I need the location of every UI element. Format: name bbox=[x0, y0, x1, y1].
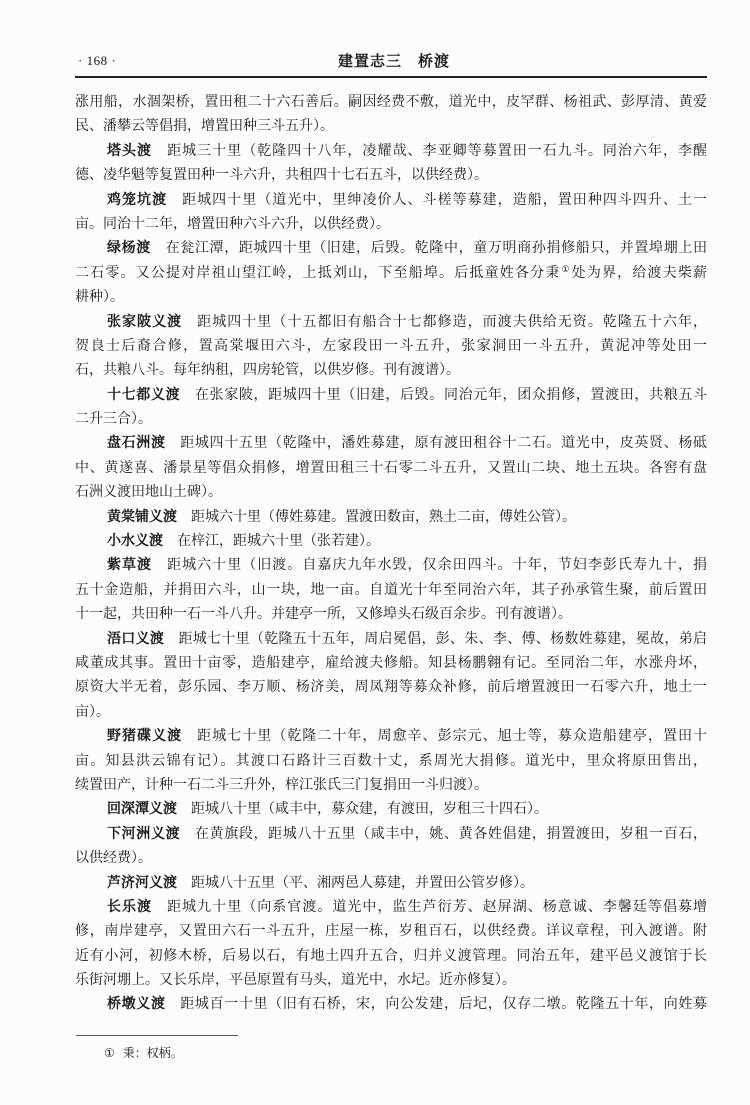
entry-text: 距城七十里（乾隆二十年，周愈辛、彭宗元、旭士等，募众造船建亭，置田十 bbox=[196, 728, 707, 744]
text-line: 十一起，共田种一石一斗八升。并建亭一所，又修埠头石级百余步。刊有渡谱）。 bbox=[75, 602, 707, 626]
text-line: 咸董成其事。置田十亩零，造船建亭，雇给渡夫修船。知县杨鹏翱有记。至同治二年，水涨… bbox=[75, 651, 707, 675]
body-text: 涨用船，水涸架桥，置田租二十六石善后。嗣因经费不敷，道光中，皮罕群、杨祖武、彭厚… bbox=[75, 90, 707, 1017]
text-line: 近有小河，初修木桥，后易以石，有地土四升五合，归并义渡管理。同治五年，建平邑义渡… bbox=[75, 944, 707, 968]
entry-first-line: 浯口义渡距城七十里（乾隆五十五年，周启冕倡，彭、朱、李、傅、杨数姓募建，冕故，弟… bbox=[75, 627, 707, 651]
page-number: · 168 · bbox=[78, 52, 116, 70]
text-line: 中、黄遂喜、潘景星等倡众捐修，增置田租三十石零二斗五升，又置山二块、地土五块。各… bbox=[75, 456, 707, 480]
entry-text: 距城八十五里（平、湘两邑人募建，并置田公管岁修）。 bbox=[191, 875, 534, 891]
text-line: 乐街河堋上。又长乐岸，平邑原置有马头，道光中，水圮。近亦修复）。 bbox=[75, 968, 707, 992]
entry-first-line: 黄棠铺义渡距城六十里（傅姓募建。置渡田数亩，熟土二亩，傅姓公管）。 bbox=[75, 505, 707, 529]
text-line: 亩。知县洪云锦有记）。其渡口石路计三百数十丈，系周光大捐修。道光中，里众将原田售… bbox=[75, 749, 707, 773]
header-rule bbox=[75, 76, 707, 78]
ferry-name: 鸡笼坑渡 bbox=[107, 192, 167, 208]
text-segment: 二石零。又公提对岸祖山望江岭，上抵刘山，下至船埠。后抵童姓各分秉 bbox=[75, 265, 560, 281]
text-line: 石，共粮八斗。每年纳租，四房轮管，以供岁修。刊有渡谱）。 bbox=[75, 358, 707, 382]
book-page: · 168 · 建置志三 桥渡 涨用船，水涸架桥，置田租二十六石善后。嗣因经费不… bbox=[0, 0, 750, 1105]
entry-first-line: 绿杨渡在瓮江潭，距城四十里（旧建，后毁。乾隆中，童万明商孙捐修船只，并置埠堋上田 bbox=[75, 236, 707, 260]
text-line: 二升三合）。 bbox=[75, 407, 707, 431]
text-line: 亩。同治十二年，增置田种六斗六升，以供经费）。 bbox=[75, 212, 707, 236]
entry-text: 距城三十里（乾隆四十八年，凌耀哉、李亚卿等募置田一石九斗。同治六年，李醒 bbox=[166, 143, 707, 159]
entry-text: 在张家陂，距城四十里（旧建，后毁。同治元年，团众捐修，置渡田，共粮五斗 bbox=[194, 387, 707, 403]
entry-text: 在梓江，距城六十里（张若建）。 bbox=[177, 533, 380, 549]
text-line: 以供经费）。 bbox=[75, 846, 707, 870]
entry-first-line: 盘石洲渡距城四十五里（乾隆中，潘姓募建，原有渡田租谷十二石。道光中，皮英贤、杨砥 bbox=[75, 431, 707, 455]
ferry-name: 绿杨渡 bbox=[107, 240, 151, 256]
entry-first-line: 回深潭义渡距城八十里（咸丰中，募众建，有渡田，岁租三十四石）。 bbox=[75, 797, 707, 821]
entry-first-line: 鸡笼坑渡距城四十里（道光中，里绅凌价人、斗槎等募建，造船，置田种四斗四升、土一 bbox=[75, 188, 707, 212]
entry-text: 距城九十里（向系官渡。道光中，监生芦衍芳、赵屏湖、杨意诚、李馨廷等倡募增 bbox=[166, 899, 707, 915]
ferry-name: 浯口义渡 bbox=[107, 631, 164, 647]
text-line: 石洲义渡田地山土碑）。 bbox=[75, 480, 707, 504]
footnote-text: 秉：权柄。 bbox=[123, 1046, 183, 1060]
text-line: 原资大半无着，彭乐园、李万顺、杨济美，周凤翔等募众补修，前后增置渡田一石零六升，… bbox=[75, 675, 707, 699]
entry-text: 距城八十里（咸丰中，募众建，有渡田，岁租三十四石）。 bbox=[191, 801, 548, 817]
entry-text: 在瓮江潭，距城四十里（旧建，后毁。乾隆中，童万明商孙捐修船只，并置埠堋上田 bbox=[165, 240, 707, 256]
entry-first-line: 芦济河义渡距城八十五里（平、湘两邑人募建，并置田公管岁修）。 bbox=[75, 871, 707, 895]
entry-text: 距城七十里（乾隆五十五年，周启冕倡，彭、朱、李、傅、杨数姓募建，冕故，弟启 bbox=[178, 631, 707, 647]
footnote: ①秉：权柄。 bbox=[104, 1045, 183, 1061]
text-line: 民、潘攀云等倡捐，增置田种三斗五升）。 bbox=[75, 114, 707, 138]
entry-first-line: 紫草渡距城六十里（旧渡。自嘉庆九年水毁，仅余田四斗。十年，节妇李彭氏寿九十，捐 bbox=[75, 553, 707, 577]
entry-text: 距城百一十里（旧有石桥，宋，向公发建，后圮，仅存二墩。乾隆五十年，向姓募 bbox=[180, 996, 707, 1012]
text-line: 贺良士后裔合修，置高棠堰田六斗，左家段田一斗五升，张家洞田一斗五升，黄泥冲等处田… bbox=[75, 334, 707, 358]
entry-first-line: 桥墩义渡距城百一十里（旧有石桥，宋，向公发建，后圮，仅存二墩。乾隆五十年，向姓募 bbox=[75, 992, 707, 1016]
footnote-rule bbox=[76, 1035, 238, 1036]
text-line: 二石零。又公提对岸祖山望江岭，上抵刘山，下至船埠。后抵童姓各分秉①处为界，给渡夫… bbox=[75, 261, 707, 285]
ferry-name: 塔头渡 bbox=[107, 143, 152, 159]
ferry-name: 十七都义渡 bbox=[107, 387, 180, 403]
text-line: 耕种）。 bbox=[75, 285, 707, 309]
ferry-name: 桥墩义渡 bbox=[107, 996, 166, 1012]
text-line: 续置田产，计种一石二斗三升外，梓江张氏三门复捐田一斗归渡）。 bbox=[75, 773, 707, 797]
entry-first-line: 小水义渡在梓江，距城六十里（张若建）。 bbox=[75, 529, 707, 553]
text-line: 修，南岸建亭，又置田六石一斗五升，庄屋一栋，岁租百石，以供经费。详议章程，刊入渡… bbox=[75, 919, 707, 943]
entry-first-line: 下河洲义渡在黄旗段，距城八十五里（咸丰中，姚、黄各姓倡建，捐置渡田，岁租一百石， bbox=[75, 822, 707, 846]
entry-first-line: 十七都义渡在张家陂，距城四十里（旧建，后毁。同治元年，团众捐修，置渡田，共粮五斗 bbox=[75, 383, 707, 407]
entry-first-line: 张家陂义渡距城四十里（十五都旧有船合十七都修造，而渡夫供给无资。乾隆五十六年， bbox=[75, 310, 707, 334]
ferry-name: 下河洲义渡 bbox=[107, 826, 180, 842]
text-segment: 处为界，给渡夫柴薪 bbox=[572, 265, 707, 281]
entry-text: 在黄旗段，距城八十五里（咸丰中，姚、黄各姓倡建，捐置渡田，岁租一百石， bbox=[194, 826, 707, 842]
ferry-name: 长乐渡 bbox=[107, 899, 152, 915]
ferry-name: 回深潭义渡 bbox=[107, 801, 177, 817]
text-line: 亩）。 bbox=[75, 700, 707, 724]
ferry-name: 黄棠铺义渡 bbox=[107, 509, 177, 525]
ferry-name: 张家陂义渡 bbox=[107, 314, 182, 330]
footnote-marker: ① bbox=[104, 1046, 115, 1060]
entry-first-line: 野猪碟义渡距城七十里（乾隆二十年，周愈辛、彭宗元、旭士等，募众造船建亭，置田十 bbox=[75, 724, 707, 748]
running-title: 建置志三 桥渡 bbox=[294, 51, 494, 71]
entry-first-line: 长乐渡距城九十里（向系官渡。道光中，监生芦衍芳、赵屏湖、杨意诚、李馨廷等倡募增 bbox=[75, 895, 707, 919]
entry-text: 距城四十五里（乾隆中，潘姓募建，原有渡田租谷十二石。道光中，皮英贤、杨砥 bbox=[180, 435, 707, 451]
entry-text: 距城四十里（十五都旧有船合十七都修造，而渡夫供给无资。乾隆五十六年， bbox=[196, 314, 707, 330]
entry-text: 距城六十里（傅姓募建。置渡田数亩，熟土二亩，傅姓公管）。 bbox=[191, 509, 576, 525]
text-line: 五十金造船，并捐田六斗，山一块，地一亩。自道光十年至同治六年，其子孙承管生聚，前… bbox=[75, 578, 707, 602]
entry-text: 距城六十里（旧渡。自嘉庆九年水毁，仅余田四斗。十年，节妇李彭氏寿九十，捐 bbox=[166, 557, 707, 573]
ferry-name: 小水义渡 bbox=[107, 533, 163, 549]
entry-text: 距城四十里（道光中，里绅凌价人、斗槎等募建，造船，置田种四斗四升、土一 bbox=[181, 192, 707, 208]
ferry-name: 盘石洲渡 bbox=[107, 435, 166, 451]
ferry-name: 芦济河义渡 bbox=[107, 875, 177, 891]
text-line: 涨用船，水涸架桥，置田租二十六石善后。嗣因经费不敷，道光中，皮罕群、杨祖武、彭厚… bbox=[75, 90, 707, 114]
text-line: 德、凌华魁等复置田种一斗六升，共租四十七石五斗，以供经费）。 bbox=[75, 163, 707, 187]
ferry-name: 紫草渡 bbox=[107, 557, 152, 573]
footnote-reference[interactable]: ① bbox=[561, 265, 570, 275]
ferry-name: 野猪碟义渡 bbox=[107, 728, 182, 744]
entry-first-line: 塔头渡距城三十里（乾隆四十八年，凌耀哉、李亚卿等募置田一石九斗。同治六年，李醒 bbox=[75, 139, 707, 163]
